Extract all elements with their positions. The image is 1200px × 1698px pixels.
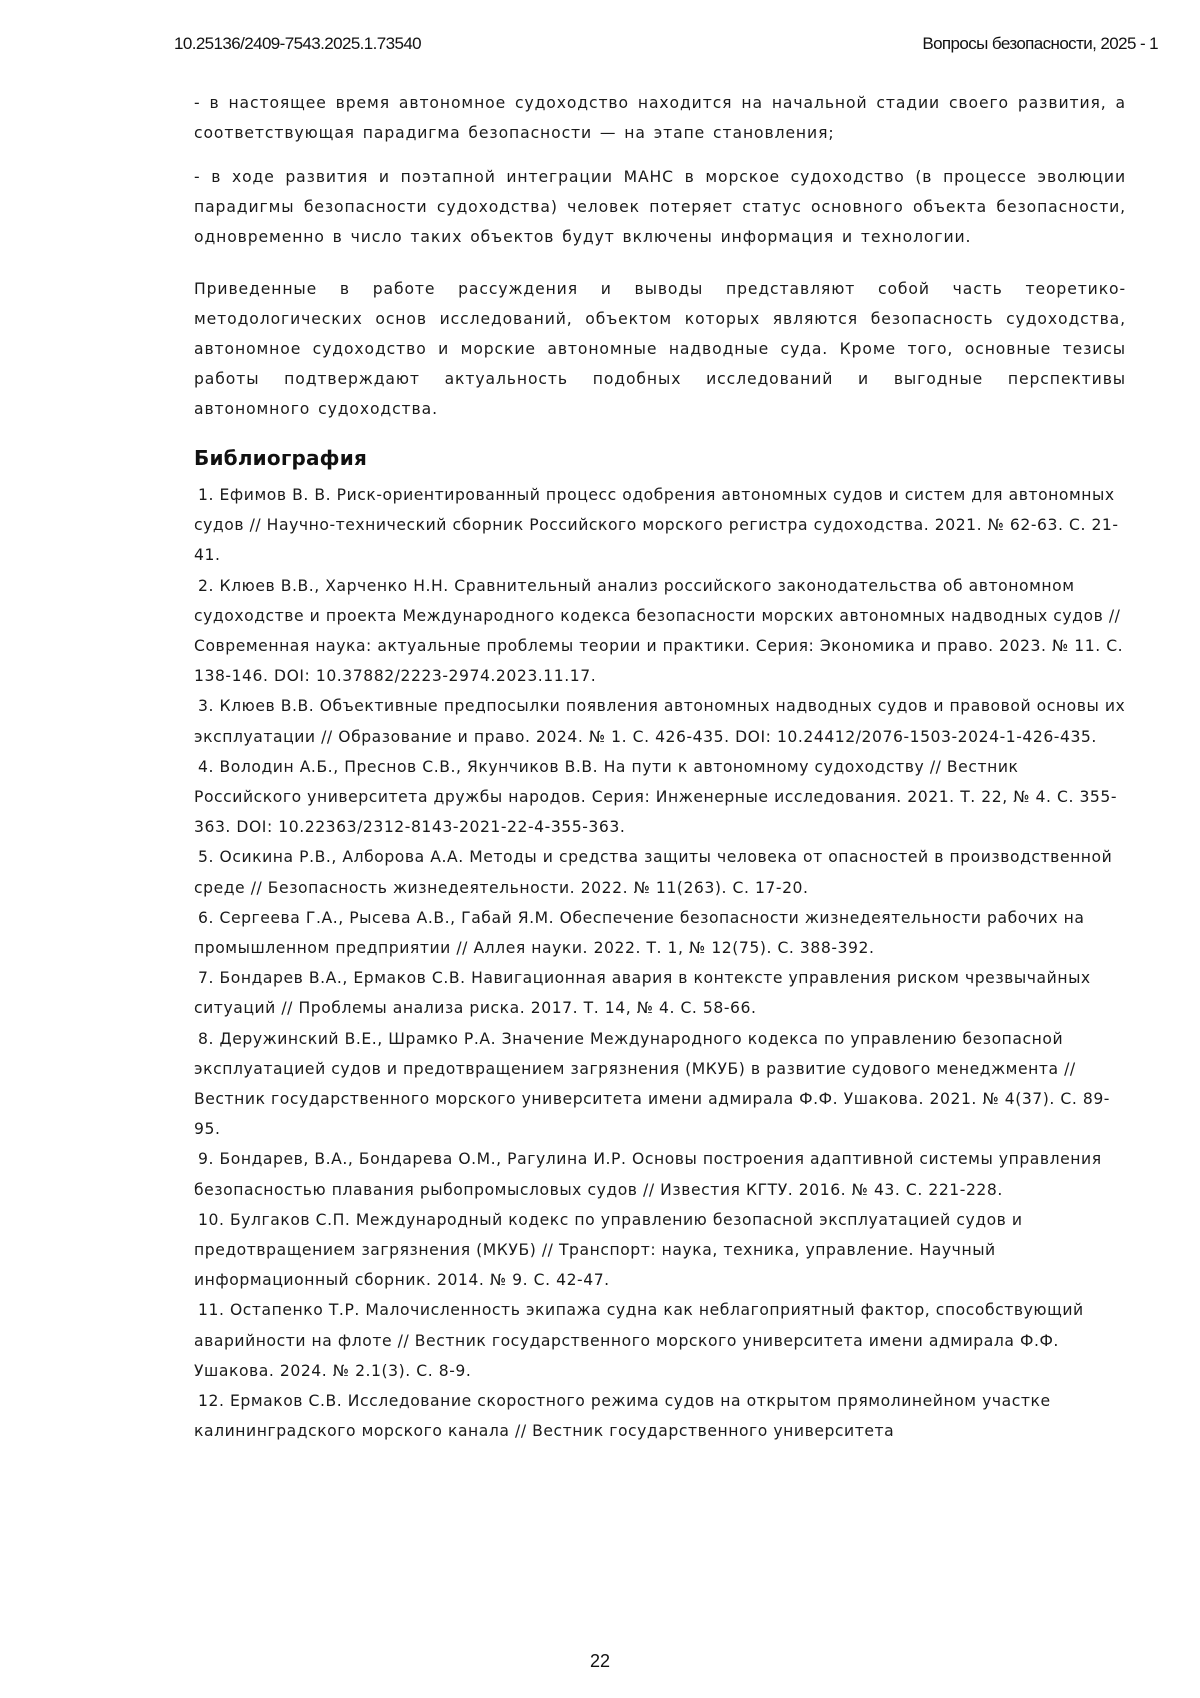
reference-number: 3. (194, 697, 214, 715)
reference-number: 9. (194, 1150, 214, 1168)
reference-item: 9. Бондарев, В.А., Бондарева О.М., Рагул… (194, 1144, 1126, 1204)
reference-text: Клюев В.В., Харченко Н.Н. Сравнительный … (194, 577, 1123, 686)
reference-text: Ермаков С.В. Исследование скоростного ре… (194, 1392, 1051, 1440)
reference-number: 11. (194, 1301, 224, 1319)
reference-text: Осикина Р.В., Алборова А.А. Методы и сре… (194, 848, 1112, 896)
reference-number: 5. (194, 848, 214, 866)
reference-number: 4. (194, 758, 214, 776)
reference-item: 8. Деружинский В.Е., Шрамко Р.А. Значени… (194, 1024, 1126, 1145)
reference-item: 2. Клюев В.В., Харченко Н.Н. Сравнительн… (194, 571, 1126, 692)
reference-item: 10. Булгаков С.П. Международный кодекс п… (194, 1205, 1126, 1296)
reference-text: Ефимов В. В. Риск-ориентированный процес… (194, 486, 1119, 564)
reference-number: 8. (194, 1030, 214, 1048)
reference-item: 6. Сергеева Г.А., Рысева А.В., Габай Я.М… (194, 903, 1126, 963)
reference-item: 7. Бондарев В.А., Ермаков С.В. Навигацио… (194, 963, 1126, 1023)
reference-item: 1. Ефимов В. В. Риск-ориентированный про… (194, 480, 1126, 571)
bibliography-heading: Библиография (194, 446, 1126, 470)
reference-text: Деружинский В.Е., Шрамко Р.А. Значение М… (194, 1030, 1110, 1139)
reference-text: Володин А.Б., Преснов С.В., Якунчиков В.… (194, 758, 1117, 836)
conclusion-bullet-2: - в ходе развития и поэтапной интеграции… (194, 162, 1126, 252)
page-number: 22 (0, 1651, 1200, 1672)
reference-item: 5. Осикина Р.В., Алборова А.А. Методы и … (194, 842, 1126, 902)
reference-text: Булгаков С.П. Международный кодекс по уп… (194, 1211, 1023, 1289)
reference-text: Бондарев, В.А., Бондарева О.М., Рагулина… (194, 1150, 1102, 1198)
reference-text: Остапенко Т.Р. Малочисленность экипажа с… (194, 1301, 1084, 1379)
reference-number: 12. (194, 1392, 224, 1410)
reference-item: 3. Клюев В.В. Объективные предпосылки по… (194, 691, 1126, 751)
summary-paragraph: Приведенные в работе рассуждения и вывод… (194, 274, 1126, 424)
reference-text: Клюев В.В. Объективные предпосылки появл… (194, 697, 1125, 745)
doi-header: 10.25136/2409-7543.2025.1.73540 (174, 34, 421, 54)
conclusion-bullet-1: - в настоящее время автономное судоходст… (194, 88, 1126, 148)
reference-item: 12. Ермаков С.В. Исследование скоростног… (194, 1386, 1126, 1446)
reference-number: 1. (194, 486, 214, 504)
reference-text: Сергеева Г.А., Рысева А.В., Габай Я.М. О… (194, 909, 1084, 957)
journal-header: Вопросы безопасности, 2025 - 1 (922, 34, 1158, 54)
reference-item: 4. Володин А.Б., Преснов С.В., Якунчиков… (194, 752, 1126, 843)
reference-number: 7. (194, 969, 214, 987)
bibliography-list: 1. Ефимов В. В. Риск-ориентированный про… (194, 480, 1126, 1447)
reference-number: 10. (194, 1211, 224, 1229)
page-content: - в настоящее время автономное судоходст… (194, 88, 1126, 1447)
reference-number: 6. (194, 909, 214, 927)
reference-number: 2. (194, 577, 214, 595)
reference-text: Бондарев В.А., Ермаков С.В. Навигационна… (194, 969, 1091, 1017)
reference-item: 11. Остапенко Т.Р. Малочисленность экипа… (194, 1295, 1126, 1386)
